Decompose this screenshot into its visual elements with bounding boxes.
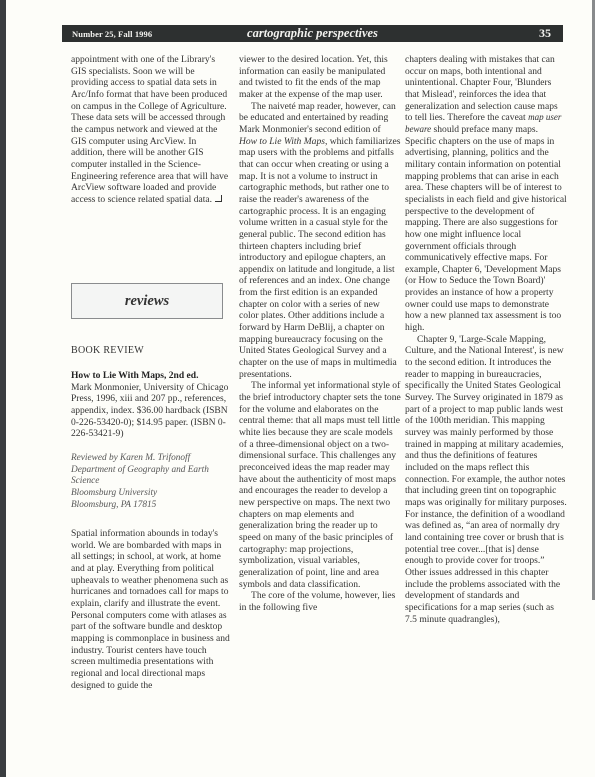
issue-label: Number 25, Fall 1996 xyxy=(72,29,152,39)
column-3-paragraph-1-text-b: should preface many maps. Specific chapt… xyxy=(405,124,567,333)
end-of-article-icon xyxy=(215,195,222,202)
reviewer-address: Bloomsburg, PA 17815 xyxy=(71,500,231,512)
book-review-heading: BOOK REVIEW xyxy=(71,345,144,356)
book-title: How to Lie With Maps, 2nd ed. xyxy=(71,370,229,382)
column-2: viewer to the desired location. Yet, thi… xyxy=(239,54,401,614)
section-label-box: reviews xyxy=(71,283,223,319)
reviewer-name: Reviewed by Karen M. Trifonoff xyxy=(71,453,231,465)
column-3-paragraph-2: Chapter 9, 'Large-Scale Mapping, Culture… xyxy=(405,334,567,625)
reviewer-university: Bloomsburg University xyxy=(71,488,231,500)
page-number: 35 xyxy=(539,26,551,41)
column-3: chapters dealing with mistakes that can … xyxy=(405,54,567,625)
page-edge-left xyxy=(0,0,6,777)
review-intro: Spatial information abounds in today's w… xyxy=(71,528,231,691)
reviewer-department-cont: Science xyxy=(71,476,231,488)
column-2-paragraph-3: The informal yet informational style of … xyxy=(239,380,401,590)
column-2-paragraph-4: The core of the volume, however, lies in… xyxy=(239,590,401,613)
running-header: Number 25, Fall 1996 cartographic perspe… xyxy=(62,25,563,42)
column-2-paragraph-2: The naiveté map reader, however, can be … xyxy=(239,101,401,381)
review-intro-paragraph: Spatial information abounds in today's w… xyxy=(71,528,231,691)
column-2-paragraph-2-text-a: The naiveté map reader, however, can be … xyxy=(239,101,396,135)
continued-paragraph: appointment with one of the Library's GI… xyxy=(71,54,231,206)
column-3-paragraph-1: chapters dealing with mistakes that can … xyxy=(405,54,567,334)
book-citation: How to Lie With Maps, 2nd ed. Mark Monmo… xyxy=(71,370,229,440)
continued-paragraph-text: appointment with one of the Library's GI… xyxy=(71,54,228,205)
reviewer-department: Department of Geography and Earth xyxy=(71,465,231,477)
column-2-paragraph-1: viewer to the desired location. Yet, thi… xyxy=(239,54,401,101)
column-1-continued: appointment with one of the Library's GI… xyxy=(71,54,231,206)
section-label: reviews xyxy=(125,293,169,310)
column-2-paragraph-2-text-b: , which familiarizes map users with the … xyxy=(239,136,401,380)
reviewer-info: Reviewed by Karen M. Trifonoff Departmen… xyxy=(71,453,231,511)
book-title-inline: How to Lie With Maps xyxy=(239,136,325,147)
book-details: Mark Monmonier, University of Chicago Pr… xyxy=(71,382,229,440)
